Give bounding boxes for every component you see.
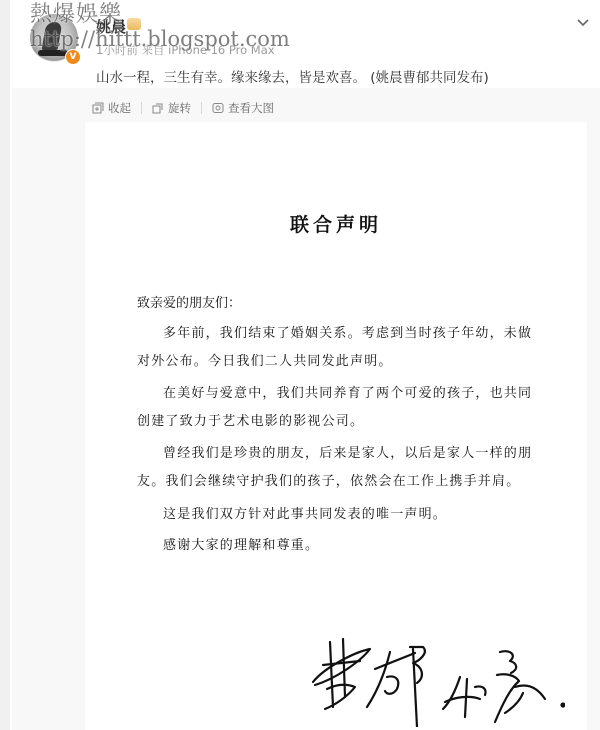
image-toolbar: 收起 旋转 查看大图 (92, 98, 274, 118)
verified-badge-icon: V (65, 49, 81, 65)
chevron-down-icon[interactable] (575, 14, 591, 30)
statement-paragraph: 曾经我们是珍贵的朋友，后来是家人，以后是家人一样的朋友。我们会继续守护我们的孩子… (137, 440, 537, 496)
member-badge-icon (127, 18, 141, 30)
avatar-figure (42, 22, 63, 50)
view-large-icon (212, 102, 224, 114)
rotate-label: 旋转 (168, 100, 191, 116)
statement-paragraph: 多年前，我们结束了婚姻关系。考虑到当时孩子年幼，未做对外公布。今日我们二人共同发… (137, 320, 537, 376)
view-large-label: 查看大图 (228, 100, 274, 116)
collapse-icon (92, 102, 104, 114)
post-header: V 姚晨 1小时前 来自 iPhone 16 Pro Max 山水一程，三生有幸… (10, 0, 600, 88)
weibo-post-card: V 姚晨 1小时前 来自 iPhone 16 Pro Max 山水一程，三生有幸… (10, 0, 600, 730)
rotate-button[interactable]: 旋转 (152, 100, 191, 116)
statement-paragraph: 感谢大家的理解和尊重。 (137, 532, 537, 560)
avatar-base (38, 50, 68, 56)
rotate-icon (152, 102, 164, 114)
statement-image[interactable]: 联合声明 致亲爱的朋友们： 多年前，我们结束了婚姻关系。考虑到当时孩子年幼，未做… (85, 122, 587, 730)
statement-title: 联合声明 (85, 210, 587, 237)
handwritten-signatures (305, 617, 565, 727)
toolbar-divider (201, 102, 202, 114)
statement-salutation: 致亲爱的朋友们： (137, 292, 241, 311)
collapse-label: 收起 (108, 100, 131, 116)
collapse-button[interactable]: 收起 (92, 100, 131, 116)
toolbar-divider (141, 102, 142, 114)
statement-paragraph: 在美好与爱意中，我们共同养育了两个可爱的孩子，也共同创建了致力于艺术电影的影视公… (137, 380, 537, 436)
view-large-button[interactable]: 查看大图 (212, 100, 274, 116)
statement-paragraph: 这是我们双方针对此事共同发表的唯一声明。 (137, 501, 537, 529)
username[interactable]: 姚晨 (96, 16, 126, 37)
post-meta: 1小时前 来自 iPhone 16 Pro Max (96, 42, 275, 58)
post-text: 山水一程，三生有幸。缘来缘去，皆是欢喜。 (姚晨曹郁共同发布) (96, 66, 489, 86)
